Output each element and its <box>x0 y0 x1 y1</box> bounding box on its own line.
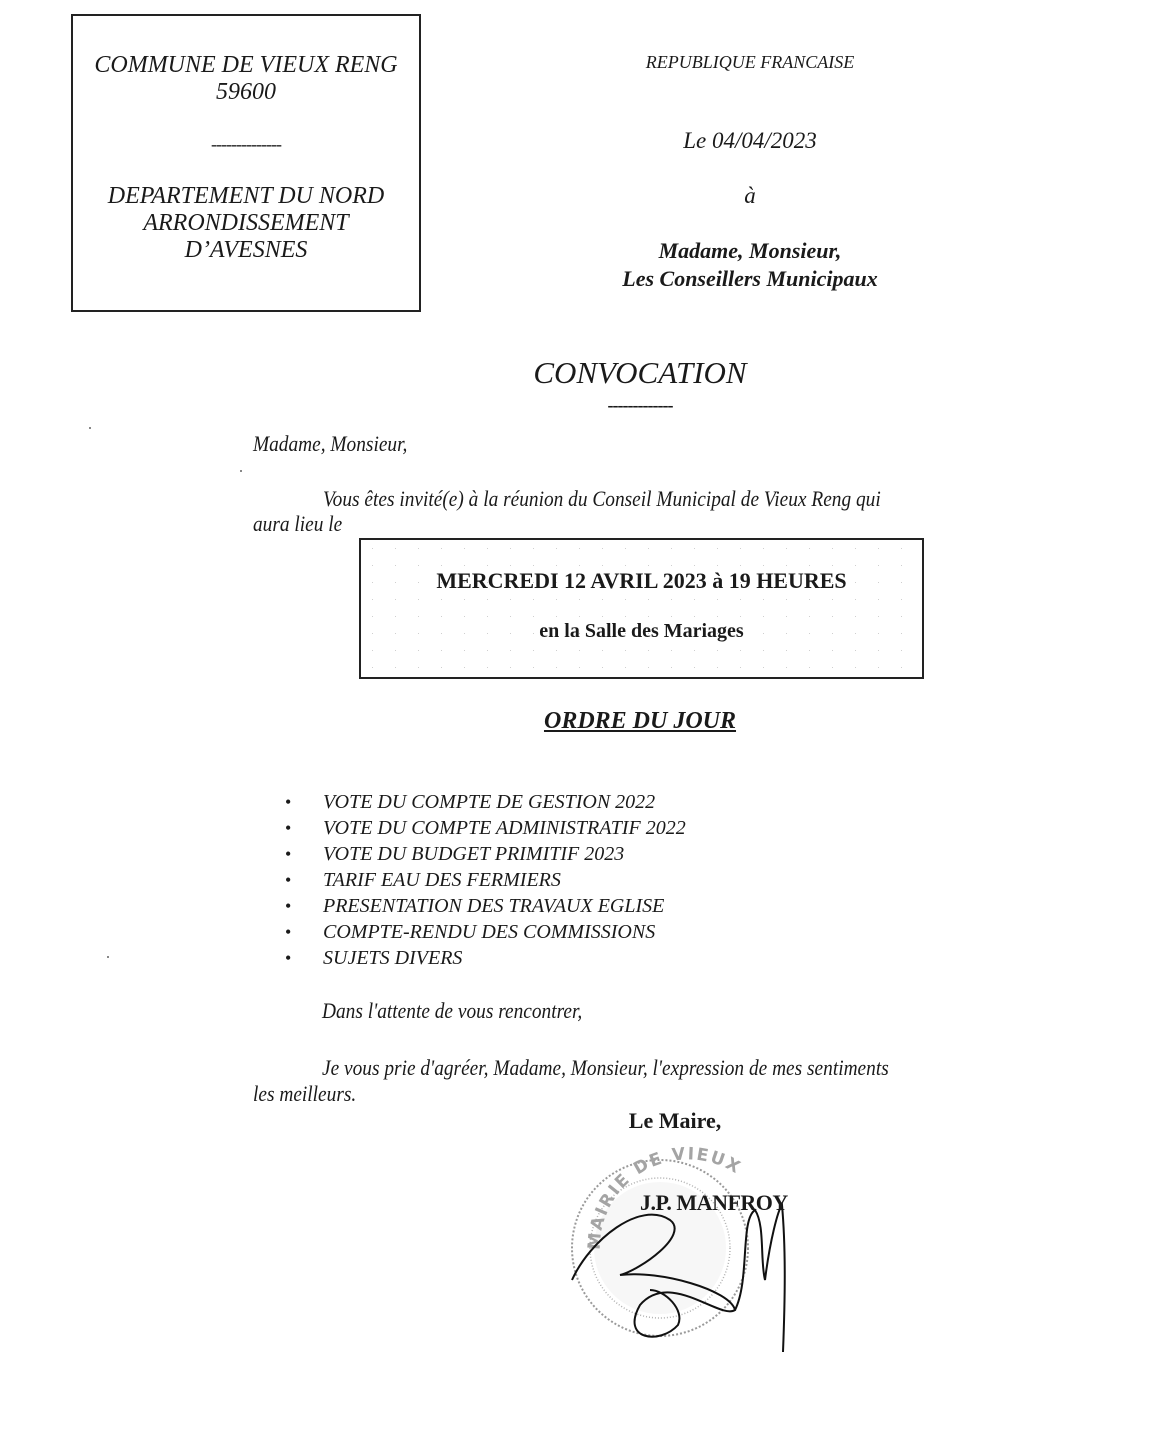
scan-speck <box>107 956 109 958</box>
bullet-icon: • <box>285 841 323 867</box>
letter-date: Le 04/04/2023 <box>580 128 920 154</box>
addressee: Madame, Monsieur, Les Conseillers Munici… <box>580 237 920 293</box>
scan-speck <box>240 470 242 472</box>
commune-header-box: COMMUNE DE VIEUX RENG 59600 ------------… <box>71 14 421 312</box>
commune-separator: -------------- <box>73 131 419 158</box>
agenda-list: •VOTE DU COMPTE DE GESTION 2022 •VOTE DU… <box>285 789 686 971</box>
document-title: CONVOCATION <box>440 355 840 391</box>
bullet-icon: • <box>285 867 323 893</box>
agenda-item: •VOTE DU COMPTE ADMINISTRATIF 2022 <box>285 815 686 841</box>
closing-line2: Je vous prie d'agréer, Madame, Monsieur,… <box>322 1055 1044 1081</box>
agenda-item: •VOTE DU BUDGET PRIMITIF 2023 <box>285 841 686 867</box>
meeting-details-box: MERCREDI 12 AVRIL 2023 à 19 HEURES en la… <box>359 538 924 679</box>
closing-line1: Dans l'attente de vous rencontrer, <box>322 998 582 1024</box>
republique-label: REPUBLIQUE FRANCAISE <box>580 52 920 73</box>
meeting-datetime: MERCREDI 12 AVRIL 2023 à 19 HEURES <box>361 568 922 594</box>
meeting-location: en la Salle des Mariages <box>361 620 922 643</box>
arrondissement-line2: D’AVESNES <box>73 237 419 264</box>
commune-postal-code: 59600 <box>73 79 419 106</box>
commune-name: COMMUNE DE VIEUX RENG <box>73 52 419 79</box>
bullet-icon: • <box>285 893 323 919</box>
title-separator: ------------- <box>540 395 740 416</box>
agenda-item: •SUJETS DIVERS <box>285 945 686 971</box>
official-stamp-icon: MAIRIE DE VIEUX <box>560 1130 820 1360</box>
agenda-item: •COMPTE-RENDU DES COMMISSIONS <box>285 919 686 945</box>
closing-line3: les meilleurs. <box>253 1081 356 1107</box>
bullet-icon: • <box>285 945 323 971</box>
signatory-name: J.P. MANFROY <box>640 1190 788 1216</box>
agenda-item: •VOTE DU COMPTE DE GESTION 2022 <box>285 789 686 815</box>
bullet-icon: • <box>285 789 323 815</box>
invitation-line1: Vous êtes invité(e) à la réunion du Cons… <box>323 486 1027 512</box>
agenda-item: •PRESENTATION DES TRAVAUX EGLISE <box>285 893 686 919</box>
scan-speck <box>89 427 91 429</box>
agenda-heading: ORDRE DU JOUR <box>440 708 840 735</box>
to-label: à <box>580 183 920 209</box>
arrondissement-line1: ARRONDISSEMENT <box>73 210 419 237</box>
addressee-line1: Madame, Monsieur, <box>580 237 920 265</box>
bullet-icon: • <box>285 815 323 841</box>
department-name: DEPARTEMENT DU NORD <box>73 183 419 210</box>
addressee-line2: Les Conseillers Municipaux <box>580 265 920 293</box>
bullet-icon: • <box>285 919 323 945</box>
agenda-item: •TARIF EAU DES FERMIERS <box>285 867 686 893</box>
invitation-line2: aura lieu le <box>253 511 342 537</box>
salutation: Madame, Monsieur, <box>253 431 407 457</box>
